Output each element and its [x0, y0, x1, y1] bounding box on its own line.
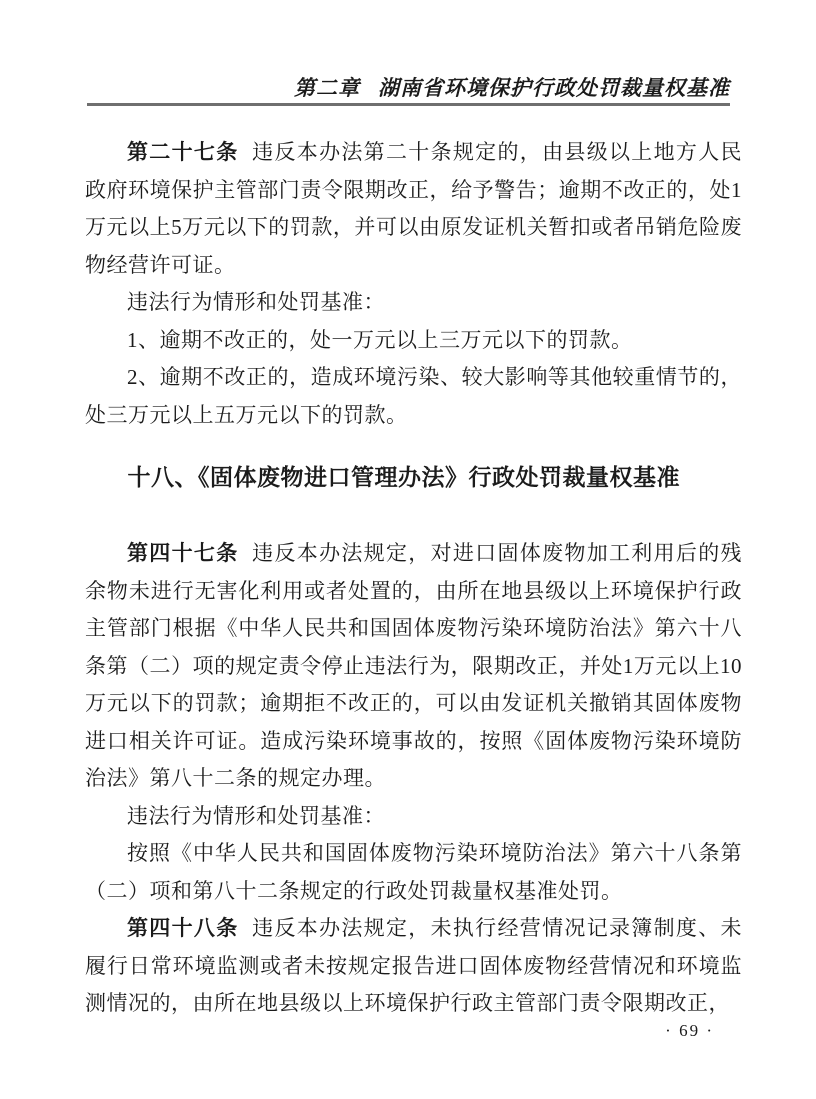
chapter-title: 湖南省环境保护行政处罚裁量权基准	[378, 76, 730, 100]
section-18-heading: 十八、《固体废物进口管理办法》行政处罚裁量权基准	[85, 462, 742, 492]
paragraph-standards-text-47: 按照《中华人民共和国固体废物污染环境防治法》第六十八条第（二）项和第八十二条规定…	[85, 835, 742, 910]
paragraph-article-48: 第四十八条违反本办法规定，未执行经营情况记录簿制度、未履行日常环境监测或者未按规…	[85, 910, 742, 1023]
paragraph-article-47: 第四十七条违反本办法规定，对进口固体废物加工利用后的残余物未进行无害化利用或者处…	[85, 535, 742, 798]
document-page: 第二章湖南省环境保护行政处罚裁量权基准 第二十七条违反本办法第二十条规定的，由县…	[0, 0, 816, 1099]
article-48-number: 第四十八条	[127, 917, 239, 940]
chapter-label: 第二章	[294, 76, 360, 100]
article-27-number: 第二十七条	[127, 141, 239, 164]
paragraph-standards-item-2: 2、逾期不改正的，造成环境污染、较大影响等其他较重情节的，处三万元以上五万元以下…	[85, 359, 742, 434]
paragraph-standards-label-47: 违法行为情形和处罚基准：	[85, 798, 742, 836]
article-47-number: 第四十七条	[127, 542, 239, 565]
article-47-body: 违反本办法规定，对进口固体废物加工利用后的残余物未进行无害化利用或者处置的，由所…	[85, 541, 742, 790]
page-number: · 69 ·	[0, 1021, 714, 1041]
paragraph-article-27: 第二十七条违反本办法第二十条规定的，由县级以上地方人民政府环境保护主管部门责令限…	[85, 134, 742, 284]
running-head: 第二章湖南省环境保护行政处罚裁量权基准	[87, 72, 730, 102]
paragraph-standards-label-27: 违法行为情形和处罚基准：	[85, 284, 742, 322]
header-rule	[87, 103, 730, 106]
page-body-text: 第二十七条违反本办法第二十条规定的，由县级以上地方人民政府环境保护主管部门责令限…	[85, 134, 742, 1023]
paragraph-standards-item-1: 1、逾期不改正的，处一万元以上三万元以下的罚款。	[85, 322, 742, 360]
